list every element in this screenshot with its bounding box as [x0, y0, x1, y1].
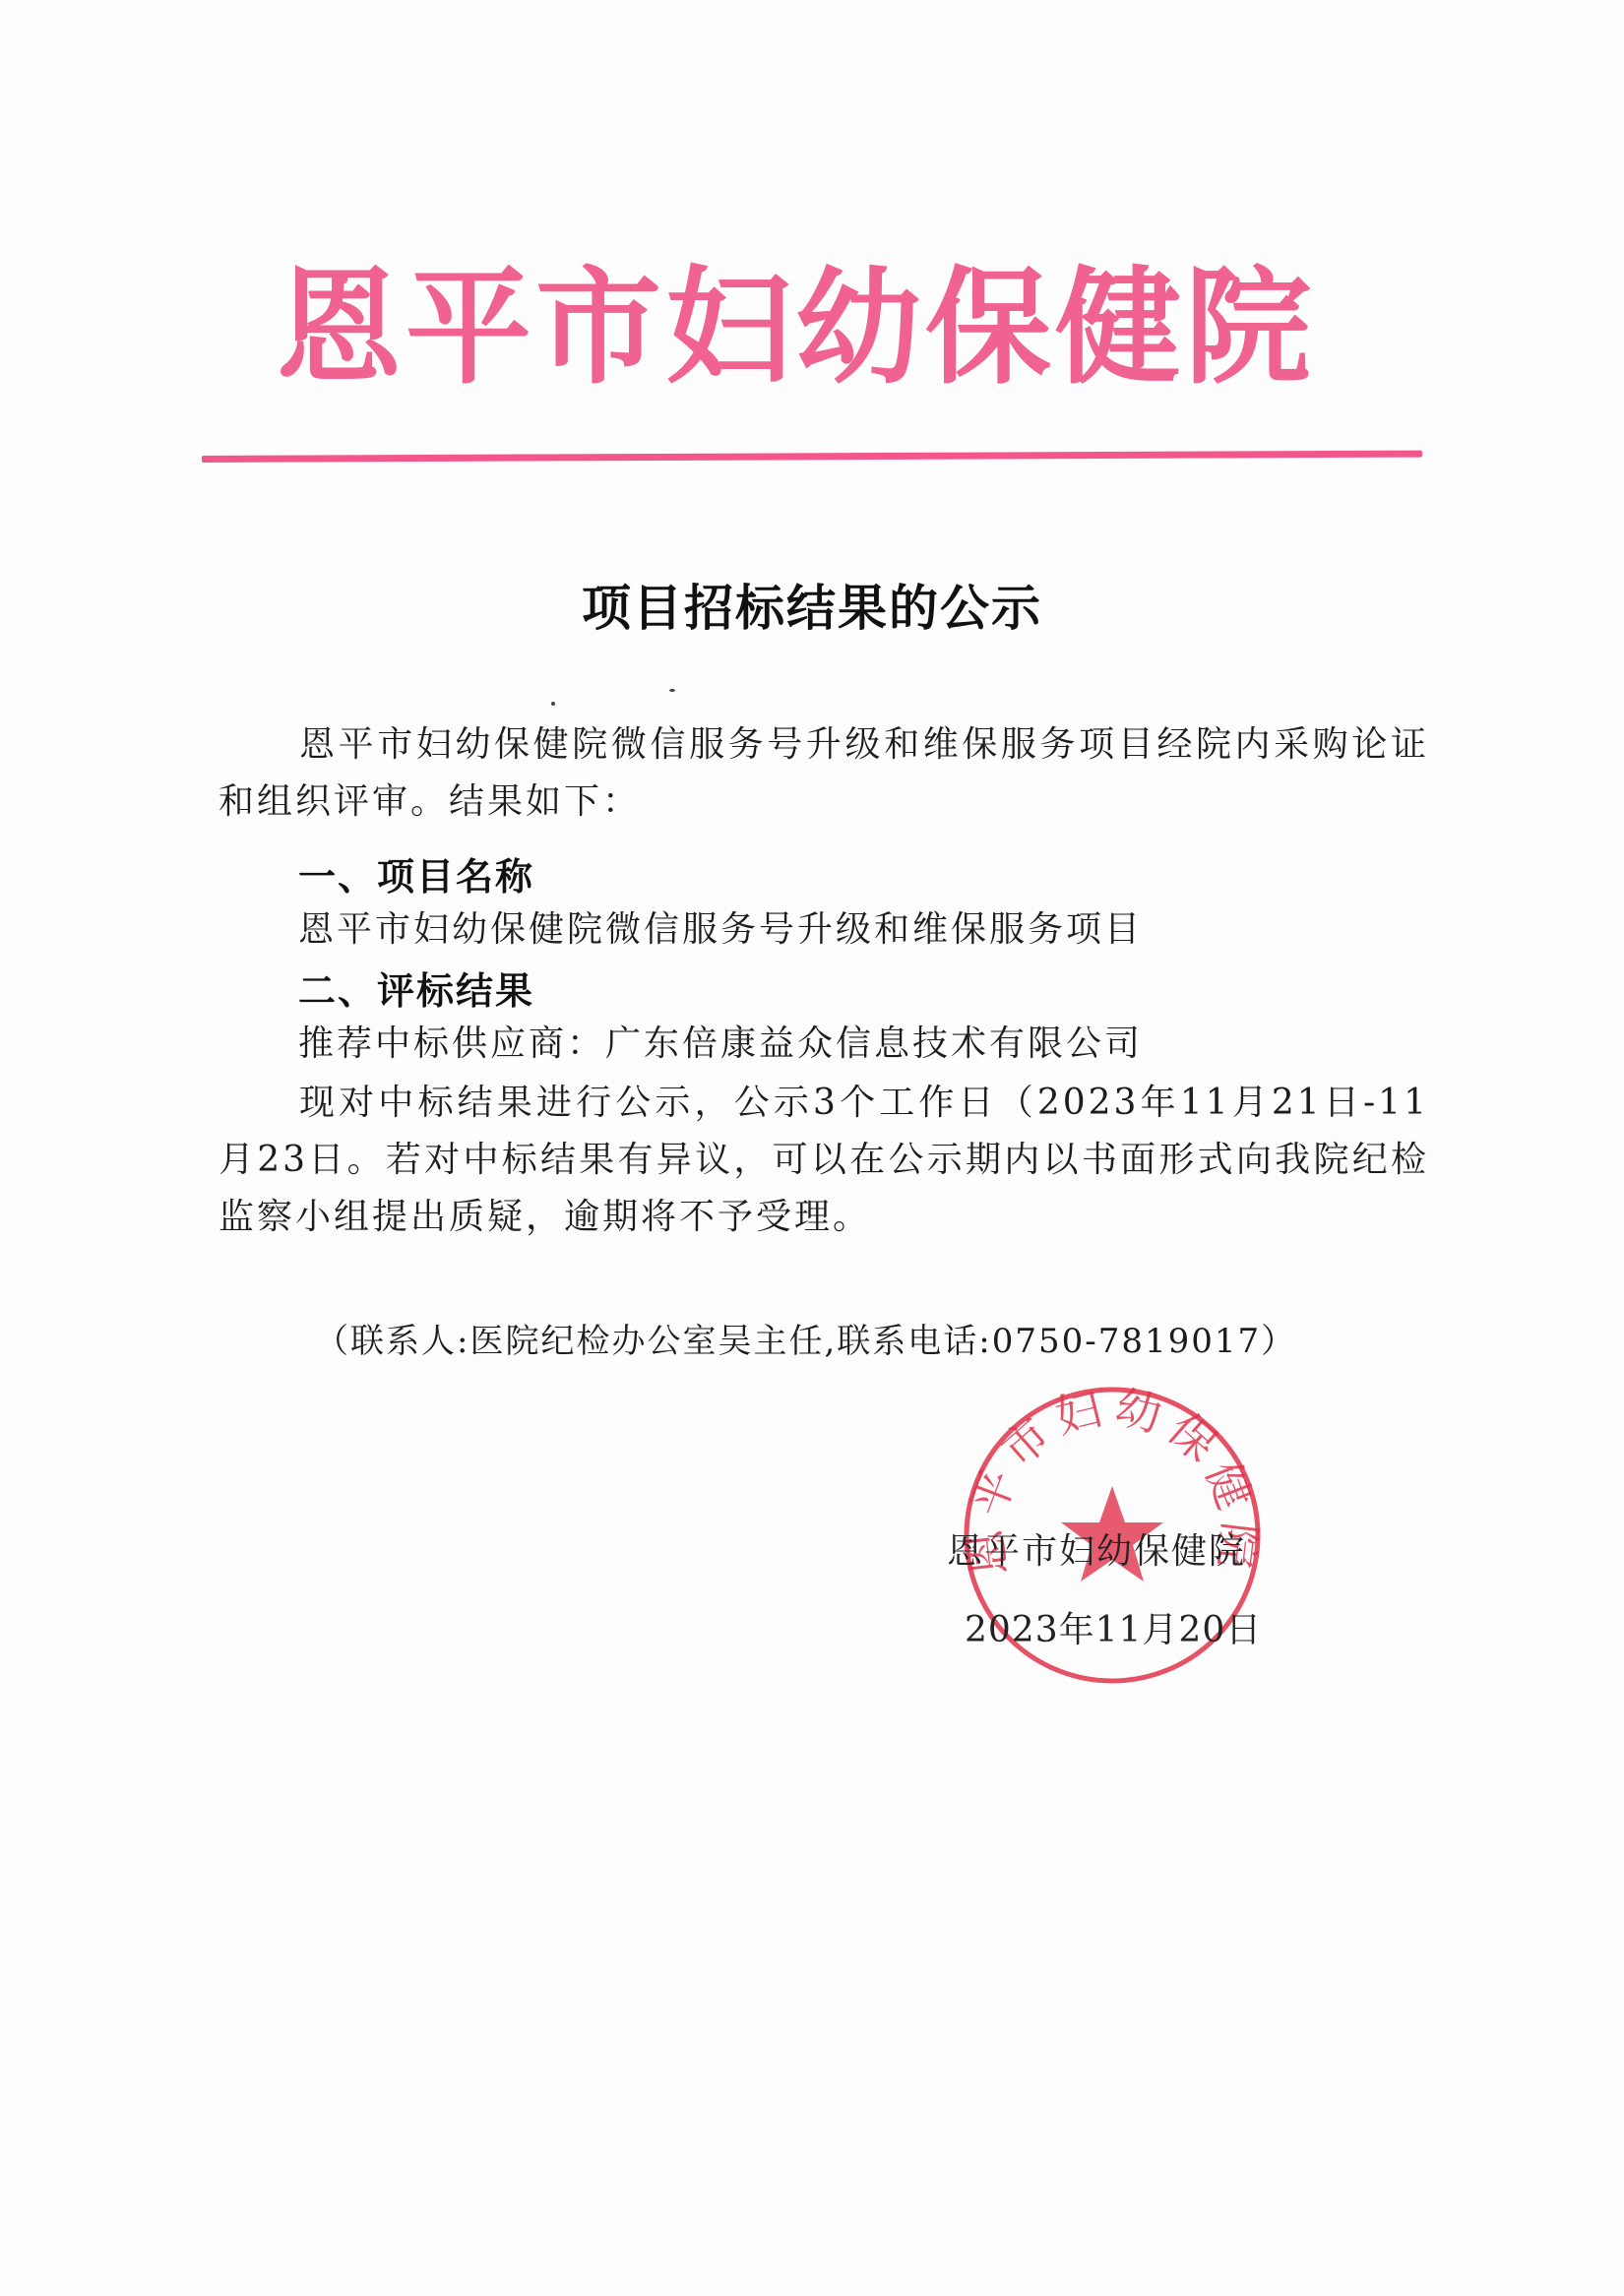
- recommended-supplier: 推荐中标供应商：广东倍康益众信息技术有限公司: [298, 1016, 1143, 1066]
- contact-info: （联系人:医院纪检办公室吴主任,联系电话:0750-7819017）: [315, 1314, 1296, 1362]
- section-heading-evaluation-result: 二、评标结果: [298, 961, 534, 1015]
- scan-speck: [551, 702, 555, 706]
- letterhead-divider: [202, 451, 1422, 463]
- signature-organization: 恩平市妇幼保健院: [947, 1523, 1246, 1574]
- scan-speck: [669, 689, 675, 692]
- intro-text: 恩平市妇幼保健院微信服务号升级和维保服务项目经院内采购论证和组织评审。结果如下：: [219, 716, 1429, 831]
- document-page: 恩平市妇幼保健院 项目招标结果的公示 恩平市妇幼保健院微信服务号升级和维保服务项…: [0, 0, 1624, 2296]
- letterhead-organization: 恩平市妇幼保健院: [276, 266, 1358, 392]
- project-name-value: 恩平市妇幼保健院微信服务号升级和维保服务项目: [298, 901, 1143, 952]
- intro-paragraph: 恩平市妇幼保健院微信服务号升级和维保服务项目经院内采购论证和组织评审。结果如下：: [219, 716, 1429, 831]
- signature-date: 2023年11月20日: [965, 1602, 1262, 1652]
- notice-text: 现对中标结果进行公示，公示3个工作日（2023年11月21日-11月23日。若对…: [219, 1075, 1429, 1246]
- notice-paragraph: 现对中标结果进行公示，公示3个工作日（2023年11月21日-11月23日。若对…: [219, 1075, 1429, 1246]
- section-heading-project-name: 一、项目名称: [298, 846, 534, 900]
- document-title: 项目招标结果的公示: [0, 569, 1624, 640]
